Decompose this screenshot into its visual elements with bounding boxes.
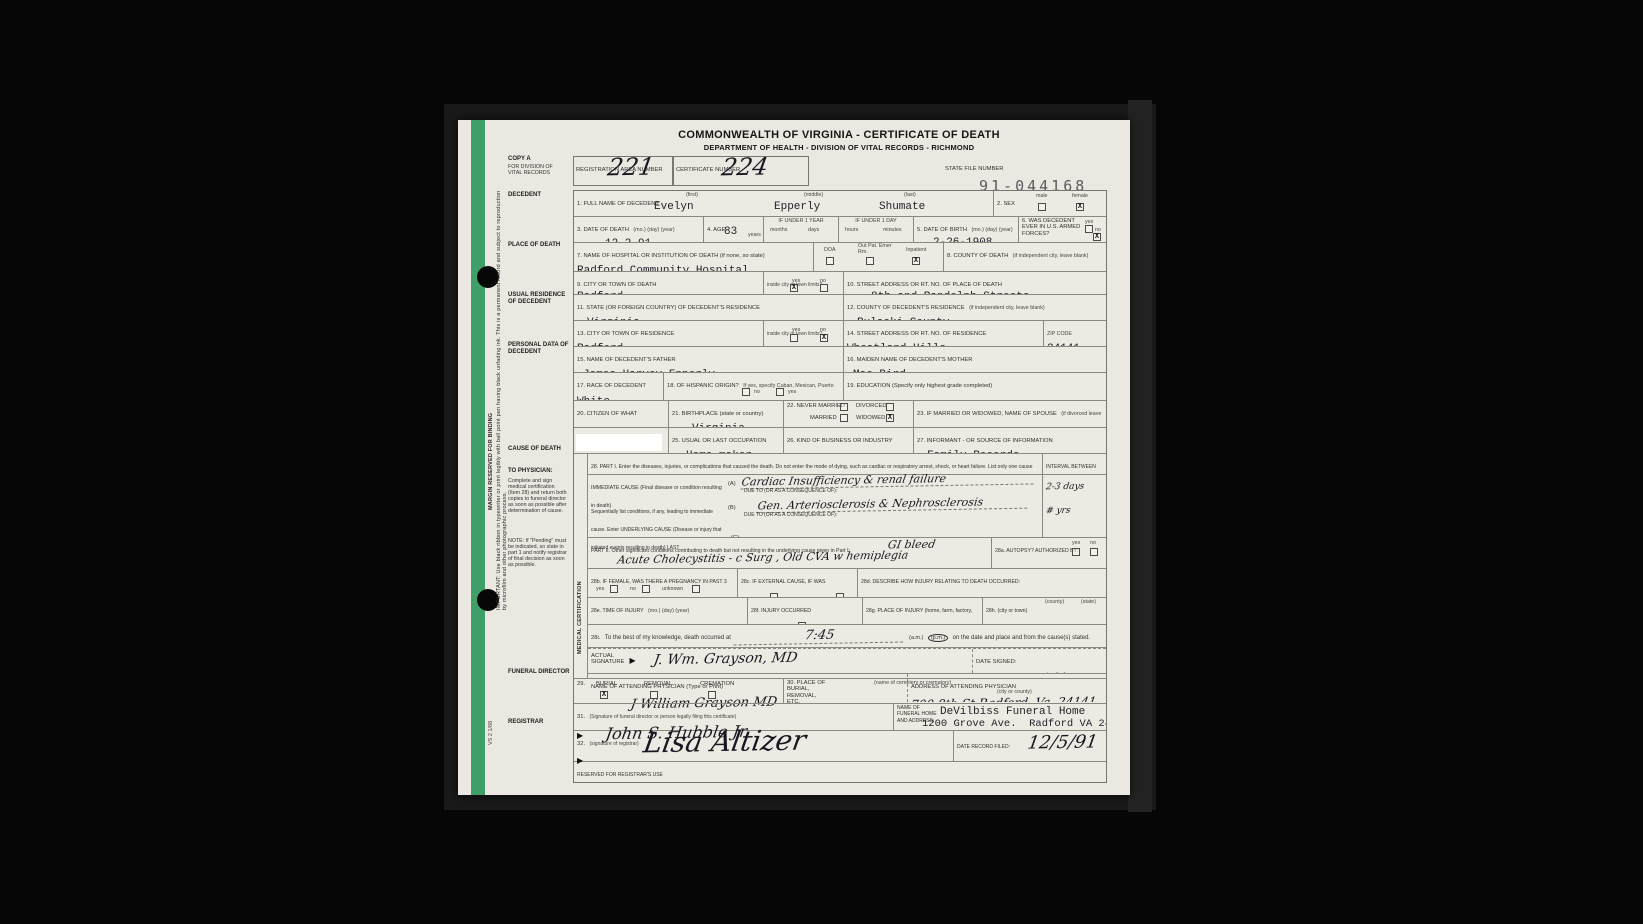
describe-injury-label: 28d. DESCRIBE HOW INJURY RELATING TO DEA…	[861, 579, 1020, 585]
date-of-birth-hints: (mo.) (day) (year)	[972, 227, 1013, 233]
attestation-text-2: on the date and place and from the cause…	[953, 635, 1090, 641]
interval-b-cell: # yrs	[1042, 499, 1106, 525]
city-of-death-label: 9. CITY OR TOWN OF DEATH	[577, 282, 656, 288]
limits-yes-checkbox: X	[790, 284, 798, 292]
reserved-label: RESERVED FOR REGISTRAR'S USE	[577, 772, 663, 778]
sex-label: 2. SEX	[997, 201, 1015, 207]
describe-injury-cell: 28d. DESCRIBE HOW INJURY RELATING TO DEA…	[858, 569, 1106, 597]
birthplace-label: 21. BIRTHPLACE (state or country)	[672, 411, 763, 417]
removal-checkbox	[650, 691, 658, 699]
place-of-injury-label: 28g. PLACE OF INJURY (home, farm, factor…	[866, 608, 972, 624]
pregnancy-yes-checkbox	[610, 585, 618, 593]
field-if-under-1-day: IF UNDER 1 DAY hours minutes	[839, 217, 914, 242]
hours-label: hours	[845, 227, 858, 233]
hospital-value: Radford Community Hospital	[577, 265, 810, 271]
residence-city-label: 13. CITY OR TOWN OF RESIDENCE	[577, 331, 674, 337]
green-binding-strip	[471, 120, 485, 795]
date-of-death-hints: (mo.) (day) (year)	[633, 227, 674, 233]
field-city-of-death: 9. CITY OR TOWN OF DEATH Radford	[574, 272, 764, 294]
time-of-injury-hints: (mo.) (day) (year)	[648, 608, 689, 614]
pregnancy-no-label: no	[630, 586, 636, 592]
certificate-title: COMMONWEALTH OF VIRGINIA - CERTIFICATE O…	[573, 129, 1105, 141]
registration-area-value: 221	[606, 153, 656, 182]
age-value: 83	[724, 226, 737, 238]
date-filed-label: DATE RECORD FILED:	[957, 744, 1010, 750]
immediate-cause-label-cell: IMMEDIATE CAUSE (Final disease or condit…	[588, 475, 728, 499]
date-of-death-value: 12-2-91	[605, 238, 700, 242]
autopsy-yes-checkbox	[1072, 548, 1080, 556]
funeral-signature-hint: (Signature of funeral director or person…	[590, 714, 737, 720]
pregnancy-cell: 28b. IF FEMALE, WAS THERE A PREGNANCY IN…	[588, 569, 738, 597]
married-label: MARRIED	[810, 415, 837, 421]
residence-limits-no-checkbox: X	[820, 334, 828, 342]
registrar-number: 32.	[577, 741, 585, 747]
external-cause-label: 28c. IF EXTERNAL CAUSE, IF WAS	[741, 579, 825, 585]
section-funeral-director: FUNERAL DIRECTOR	[508, 669, 570, 676]
date-of-birth-label: 5. DATE OF BIRTH	[917, 227, 967, 233]
informant-label: 27. INFORMANT - OR SOURCE OF INFORMATION	[917, 438, 1053, 444]
injury-city-label: 28h. (city or town)	[986, 608, 1027, 614]
doa-label: DOA	[824, 247, 835, 253]
to-physician-label: TO PHYSICIAN:	[508, 468, 570, 475]
while-at-work-checkbox	[798, 622, 806, 624]
never-married-checkbox	[840, 403, 848, 411]
funeral-home-cell: NAME OF FUNERAL HOME AND ADDRESS: DeVilb…	[894, 704, 1106, 730]
registrar-signature-cell: 32. (signature of registrar) ▶ Lisa Alti…	[574, 731, 954, 761]
cause-line-c: (C)	[728, 525, 1042, 537]
section-place-of-death: PLACE OF DEATH	[508, 242, 570, 249]
stamp-row: REGISTRATION AREA NUMBER 221 CERTIFICATE…	[573, 156, 1105, 190]
margin-binding-text: MARGIN RESERVED FOR BINDING	[488, 250, 494, 510]
months-label: months	[770, 227, 787, 233]
informant-value: Family Records	[927, 450, 1103, 453]
line-b-tag: (B)	[728, 505, 736, 511]
autopsy-no-checkbox	[1090, 548, 1098, 556]
line-c-spacer	[588, 525, 728, 537]
section-cause-of-death: CAUSE OF DEATH	[508, 446, 570, 453]
inpatient-checkbox: X	[912, 257, 920, 265]
registration-area-number-box: REGISTRATION AREA NUMBER 221	[573, 156, 673, 186]
age-label: 4. AGE	[707, 227, 725, 233]
cremation-label: CREMATION	[700, 681, 734, 687]
city-of-death-value: Radford	[577, 291, 760, 294]
death-certificate-sheet: MARGIN RESERVED FOR BINDING IMPORTANT: U…	[458, 120, 1130, 795]
external-contributing-checkbox	[836, 593, 844, 597]
hispanic-label: 18. OF HISPANIC ORIGIN?	[667, 383, 739, 389]
days-label: days	[808, 227, 819, 233]
date-filed-value: 12/5/91	[1027, 731, 1100, 753]
field-residence-city: 13. CITY OR TOWN OF RESIDENCE Radford	[574, 321, 764, 346]
disposition-number: 29.	[577, 681, 585, 687]
burial-city-hint: (city or county)	[997, 689, 1032, 695]
field-death-city-limits: inside city or town limits? yes no X	[764, 272, 844, 294]
date-signed-label: DATE SIGNED:	[976, 659, 1016, 665]
copy-for-label: FOR DIVISION OF VITAL RECORDS	[508, 164, 568, 176]
county-of-death-label: 8. COUNTY OF DEATH	[947, 253, 1008, 259]
medical-certification-band: MEDICAL CERTIFICATION 28. PART I. Enter …	[574, 454, 1106, 679]
attestation-number: 28i.	[591, 635, 600, 641]
residence-limits-yes-checkbox	[790, 334, 798, 342]
pregnancy-unknown-label: unknown	[662, 586, 683, 592]
injury-location-cell: 28h. (city or town) (county) (state)	[983, 598, 1106, 624]
autopsy-yes-label: yes	[1072, 540, 1080, 546]
race-value: White	[577, 396, 660, 400]
residence-state-label: 11. STATE (OR FOREIGN COUNTRY) OF DECEDE…	[577, 305, 760, 311]
form-grid: 1. FULL NAME OF DECEDENT (first) (middle…	[573, 190, 1107, 783]
divorced-label: DIVORCED	[856, 403, 887, 409]
pm-option-circled: (p.m.)	[928, 634, 948, 642]
line-c-tag: (C)	[731, 535, 739, 537]
residence-city-value: Radford	[577, 343, 760, 346]
state-file-label: STATE FILE NUMBER	[945, 166, 1003, 172]
signature-arrow-icon: ▶	[629, 656, 635, 665]
line-a-tag: (A)	[728, 481, 736, 487]
father-name-value: James Harvey Epperly	[583, 369, 840, 372]
reserved-cell: RESERVED FOR REGISTRAR'S USE	[574, 762, 1106, 782]
married-checkbox	[840, 414, 848, 422]
field-admission-type: DOA Out Pat. Emer Rm. Inpatient X	[814, 243, 944, 271]
line-b-due-to: DUE TO (OR AS A CONSEQUENCE OF):	[744, 512, 837, 518]
date-of-birth-value: 2-26-1908	[933, 237, 1015, 242]
field-residence-street: 14. STREET ADDRESS OR RT. NO. OF RESIDEN…	[844, 321, 1044, 346]
race-label: 17. RACE OF DECEDENT	[577, 383, 646, 389]
field-full-name: 1. FULL NAME OF DECEDENT (first) (middle…	[574, 191, 994, 216]
street-of-death-value: 8th and Randolph Streets	[871, 291, 1103, 294]
date-of-death-label: 3. DATE OF DEATH	[577, 227, 629, 233]
minutes-label: minutes	[883, 227, 902, 233]
death-time-value: 7:45	[734, 627, 906, 646]
spouse-label: 23. IF MARRIED OR WIDOWED, NAME OF SPOUS…	[917, 411, 1057, 417]
certificate-subtitle: DEPARTMENT OF HEALTH - DIVISION OF VITAL…	[573, 143, 1105, 152]
field-spouse-name: 23. IF MARRIED OR WIDOWED, NAME OF SPOUS…	[914, 401, 1106, 427]
place-of-burial-cell: 30. PLACE OF BURIAL, REMOVAL, ETC. (name…	[784, 679, 994, 703]
actual-signature-label: ACTUAL SIGNATURE	[591, 653, 625, 666]
doa-checkbox	[826, 257, 834, 265]
education-label: 19. EDUCATION (Specify only highest grad…	[847, 383, 992, 389]
field-county-of-death: 8. COUNTY OF DEATH (if independent city,…	[944, 243, 1106, 271]
inpatient-label: Inpatient	[906, 247, 926, 253]
certificate-number-box: CERTIFICATE NUMBER 224	[673, 156, 809, 186]
burial-city-cell: (city or county) Salem VA	[994, 679, 1106, 703]
injury-county-label: (county)	[1045, 599, 1064, 605]
residence-street-label: 14. STREET ADDRESS OR RT. NO. OF RESIDEN…	[847, 331, 986, 337]
date-signed-value: 12-4-91	[1023, 671, 1068, 673]
widowed-label: WIDOWED	[856, 415, 885, 421]
sex-female-label: female	[1072, 193, 1088, 199]
interval-header: INTERVAL BETWEEN ONSET AND DEATH	[1042, 454, 1106, 474]
residence-state-value: Virginia	[587, 317, 840, 320]
armed-forces-yes-checkbox	[1085, 225, 1093, 233]
injury-state-label: (state)	[1081, 599, 1096, 605]
field-zip-code: ZIP CODE 24141	[1044, 321, 1106, 346]
external-primary-checkbox	[770, 593, 778, 597]
field-race: 17. RACE OF DECEDENT White	[574, 373, 664, 400]
injury-occurred-cell: 28f. INJURY OCCURRED while at work not w…	[748, 598, 863, 624]
attestation-cell: 28i. To the best of my knowledge, death …	[588, 625, 1106, 647]
zip-label: ZIP CODE	[1047, 331, 1072, 337]
funeral-home-name: DeVilbiss Funeral Home	[940, 706, 1085, 718]
field-date-of-death: 3. DATE OF DEATH (mo.) (day) (year) 12-2…	[574, 217, 704, 242]
field-residence-state: 11. STATE (OR FOREIGN COUNTRY) OF DECEDE…	[574, 295, 844, 320]
zip-value: 24141	[1047, 343, 1103, 346]
medical-certification-strip: MEDICAL CERTIFICATION	[574, 454, 588, 678]
date-filed-cell: DATE RECORD FILED: 12/5/91	[954, 731, 1106, 761]
widowed-checkbox: X	[886, 414, 894, 422]
physician-signature-value: J. Wm. Grayson, MD	[653, 650, 799, 668]
armed-forces-label: 6. WAS DECEDENT EVER IN U.S. ARMED FORCE…	[1022, 218, 1082, 237]
sex-female-checkbox: X	[1076, 203, 1084, 211]
residence-street-value: Wheatland Hills	[847, 343, 1040, 346]
pregnancy-unknown-checkbox	[692, 585, 700, 593]
funeral-signature-number: 31.	[577, 714, 585, 720]
cause-line-b: (B) Gen. Arteriosclerosis & Nephrosclero…	[728, 499, 1042, 525]
mother-name-label: 16. MAIDEN NAME OF DECEDENT'S MOTHER	[847, 357, 972, 363]
autopsy-no-label: no	[1090, 540, 1096, 546]
mother-name-value: Mae Bird	[853, 369, 1103, 372]
last-name-value: Shumate	[879, 201, 925, 213]
sex-male-label: male	[1036, 193, 1047, 199]
place-of-burial-label: 30. PLACE OF BURIAL, REMOVAL, ETC.	[787, 680, 831, 703]
field-birthplace: 21. BIRTHPLACE (state or country) Virgin…	[669, 401, 784, 427]
medical-certification-content: 28. PART I. Enter the diseases, injuries…	[588, 454, 1106, 678]
hispanic-yes-checkbox	[776, 388, 784, 396]
field-education: 19. EDUCATION (Specify only highest grad…	[844, 373, 1106, 400]
registrar-signature-value: Lisa Altizer	[641, 724, 808, 760]
time-of-injury-label: 28e. TIME OF INJURY	[591, 608, 644, 614]
occupation-label: 25. USUAL OR LAST OCCUPATION	[672, 438, 767, 444]
armed-forces-no-checkbox: X	[1093, 233, 1101, 241]
removal-label: REMOVAL	[644, 681, 672, 687]
residence-county-label: 12. COUNTY OF DECEDENT'S RESIDENCE	[847, 305, 965, 311]
sleeve-edge	[1128, 100, 1152, 812]
outpatient-checkbox	[866, 257, 874, 265]
attestation-text-1: To the best of my knowledge, death occur…	[605, 635, 731, 641]
redaction-box	[576, 434, 662, 451]
father-name-label: 15. NAME OF DECEDENT'S FATHER	[577, 357, 676, 363]
residence-limits-no-label: no	[820, 327, 826, 333]
full-name-label: 1. FULL NAME OF DECEDENT	[577, 201, 659, 207]
field-age: 4. AGE 83 years	[704, 217, 764, 242]
medical-certification-label: MEDICAL CERTIFICATION	[577, 484, 583, 654]
underlying-cause-label-cell: Sequentially list conditions, if any, le…	[588, 499, 728, 525]
field-occupation: 25. USUAL OR LAST OCCUPATION Home maker	[669, 428, 784, 453]
field-industry: 26. KIND OF BUSINESS OR INDUSTRY	[784, 428, 914, 453]
outpatient-label: Out Pat. Emer Rm.	[858, 244, 894, 256]
pregnancy-no-checkbox	[642, 585, 650, 593]
registrar-signature-hint: (signature of registrar)	[590, 741, 639, 747]
residence-county-hint: (if independent city, leave blank)	[969, 305, 1045, 311]
occupation-value: Home maker	[686, 450, 780, 453]
scan-background: MARGIN RESERVED FOR BINDING IMPORTANT: U…	[0, 0, 1643, 924]
physician-note-1: Complete and sign medical certification …	[508, 478, 568, 514]
interval-a-cell: 2-3 days	[1042, 475, 1106, 499]
interval-c-cell	[1042, 525, 1106, 537]
time-of-injury-cell: 28e. TIME OF INJURY (mo.) (day) (year) A…	[588, 598, 748, 624]
citizen-label: 20. CITIZEN OF WHAT COUNTRY	[577, 411, 637, 427]
hispanic-no-label: no	[754, 389, 760, 395]
certificate-number-value: 224	[720, 153, 770, 182]
pregnancy-yes-label: yes	[596, 586, 604, 592]
field-redacted	[574, 428, 669, 453]
middle-name-value: Epperly	[774, 201, 820, 213]
field-father-name: 15. NAME OF DECEDENT'S FATHER James Harv…	[574, 347, 844, 372]
copy-label: COPY A	[508, 156, 570, 163]
age-unit: years	[748, 232, 761, 238]
external-cause-cell: 28c. IF EXTERNAL CAUSE, IF WAS PRIMARY o…	[738, 569, 858, 597]
funeral-home-address: 1200 Grove Ave. Radford VA 24141	[922, 718, 1106, 730]
cremation-checkbox	[708, 691, 716, 699]
part2-cell: PART II. Other significant conditions co…	[588, 538, 992, 568]
under-1-day-label: IF UNDER 1 DAY	[842, 218, 910, 224]
autopsy-label: 28a. AUTOPSY? AUTHORIZED BY:	[995, 548, 1078, 554]
street-of-death-label: 10. STREET ADDRESS OR RT. NO. OF PLACE O…	[847, 282, 1002, 288]
hispanic-no-checkbox	[742, 388, 750, 396]
line-a-due-to: DUE TO (OR AS A CONSEQUENCE OF):	[744, 488, 837, 494]
field-mother-name: 16. MAIDEN NAME OF DECEDENT'S MOTHER Mae…	[844, 347, 1106, 372]
date-signed-cell: DATE SIGNED: 12-4-91	[973, 649, 1106, 673]
field-residence-county: 12. COUNTY OF DECEDENT'S RESIDENCE (if i…	[844, 295, 1106, 320]
field-residence-city-limits: inside city or town limits? yes no X	[764, 321, 844, 346]
margin-important-text: IMPORTANT: Use black ribbon in typewrite…	[496, 190, 508, 610]
field-hispanic-origin: 18. OF HISPANIC ORIGIN? If yes, specify …	[664, 373, 844, 400]
field-informant: 27. INFORMANT - OR SOURCE OF INFORMATION…	[914, 428, 1106, 453]
birthplace-value: Virginia	[692, 423, 780, 427]
section-decedent: DECEDENT	[508, 192, 570, 199]
sex-male-checkbox	[1038, 203, 1046, 211]
hospital-label: 7. NAME OF HOSPITAL OR INSTITUTION OF DE…	[577, 253, 765, 259]
injury-occurred-label: 28f. INJURY OCCURRED	[751, 608, 811, 614]
under-1-year-label: IF UNDER 1 YEAR	[767, 218, 835, 224]
field-hospital: 7. NAME OF HOSPITAL OR INSTITUTION OF DE…	[574, 243, 814, 271]
county-of-death-hint: (if independent city, leave blank)	[1013, 253, 1089, 259]
cemetery-hint: (name of cemetery or crematory)	[874, 680, 951, 686]
burial-label: BURIAL	[596, 681, 617, 687]
field-marital-status: 22. NEVER MARRIED DIVORCED MARRIED WIDOW…	[784, 401, 914, 427]
line-c-blank	[744, 532, 1014, 537]
interval-b-value: # yrs	[1045, 506, 1071, 516]
interval-a-value: 2-3 days	[1045, 482, 1085, 493]
certificate-header: COMMONWEALTH OF VIRGINIA - CERTIFICATE O…	[573, 129, 1105, 152]
divorced-checkbox	[886, 403, 894, 411]
form-number: VS 2 1/88	[488, 695, 494, 745]
first-name-value: Evelyn	[654, 201, 694, 213]
field-citizen: 20. CITIZEN OF WHAT COUNTRY USA	[574, 401, 669, 427]
am-option: (a.m.)	[909, 635, 923, 641]
section-registrar: REGISTRAR	[508, 719, 570, 726]
never-married-label: 22. NEVER MARRIED	[787, 403, 845, 409]
place-of-injury-cell: 28g. PLACE OF INJURY (home, farm, factor…	[863, 598, 983, 624]
section-usual-residence: USUAL RESIDENCE OF DECEDENT	[508, 292, 570, 306]
field-sex: 2. SEX male female X	[994, 191, 1106, 216]
field-if-under-1-year: IF UNDER 1 YEAR months days	[764, 217, 839, 242]
residence-limits-yes-label: yes	[792, 327, 800, 333]
industry-label: 26. KIND OF BUSINESS OR INDUSTRY	[787, 438, 893, 444]
interval-header-text: INTERVAL BETWEEN ONSET AND DEATH	[1046, 464, 1096, 474]
residence-county-value: Pulaski County	[857, 317, 1103, 320]
limits-no-checkbox	[820, 284, 828, 292]
physician-note-2: NOTE: If "Pending" must be indicated, so…	[508, 538, 568, 568]
autopsy-cell: 28a. AUTOPSY? AUTHORIZED BY: yes no	[992, 538, 1106, 568]
middle-hint: (middle)	[804, 192, 823, 198]
hispanic-yes-label: yes	[788, 389, 796, 395]
physician-signature-cell: ACTUAL SIGNATURE ▶ J. Wm. Grayson, MD	[588, 649, 973, 673]
first-hint: (first)	[686, 192, 698, 198]
field-date-of-birth: 5. DATE OF BIRTH (mo.) (day) (year) 2-26…	[914, 217, 1019, 242]
field-armed-forces: 6. WAS DECEDENT EVER IN U.S. ARMED FORCE…	[1019, 217, 1106, 242]
disposition-cell: 29. BURIAL REMOVAL CREMATION X	[574, 679, 784, 703]
field-street-of-death: 10. STREET ADDRESS OR RT. NO. OF PLACE O…	[844, 272, 1106, 294]
section-personal-data: PERSONAL DATA OF DECEDENT	[508, 342, 570, 356]
last-hint: (last)	[904, 192, 916, 198]
burial-checkbox: X	[600, 691, 608, 699]
